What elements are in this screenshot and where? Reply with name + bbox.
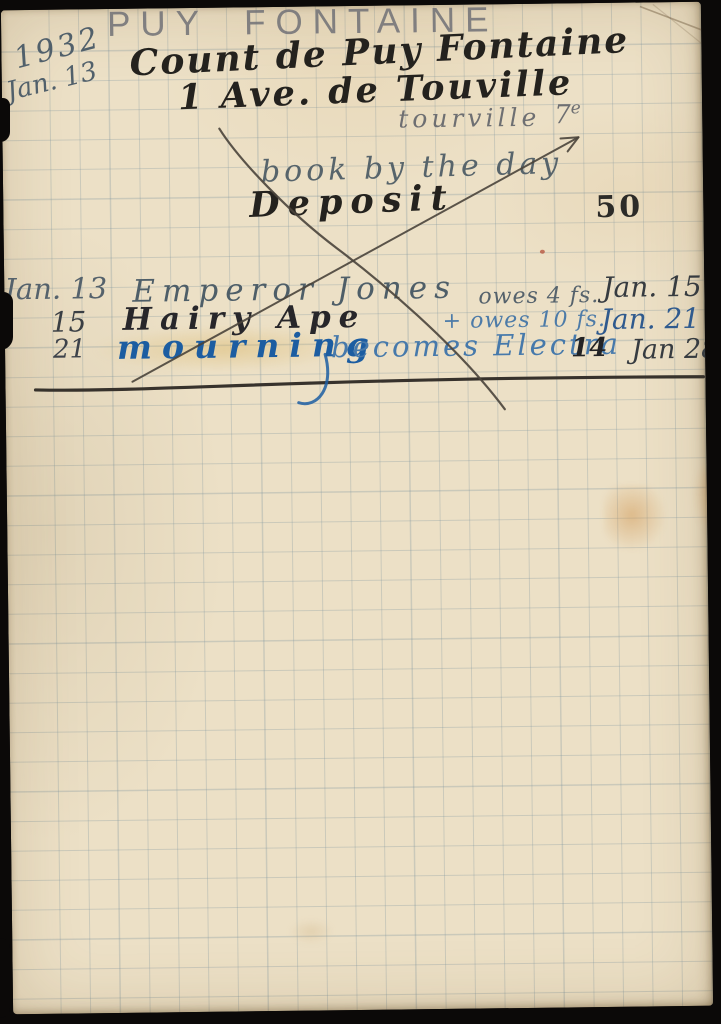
card-edge-notch — [0, 98, 10, 142]
corner-crease-line — [653, 4, 705, 47]
paper-stain — [603, 484, 668, 553]
entry-3-return-date: Jan 28 — [631, 335, 713, 366]
deposit-amount: 50 — [595, 190, 643, 224]
photo-backdrop: { "card_title": "PUY FONTAINE", "member"… — [0, 0, 721, 1024]
ledger-rule-line — [35, 376, 703, 391]
lending-card: PUY FONTAINE 1932 Jan. 13 Count de Puy F… — [1, 2, 713, 1014]
card-edge-notch — [0, 938, 10, 1018]
district-number: 7 — [554, 100, 571, 130]
ink-speck — [540, 250, 545, 254]
deposit-label: Deposit — [249, 179, 456, 225]
corner-crease-line — [640, 6, 706, 33]
paper-stain — [288, 918, 334, 945]
entry-3-amount-note: 14 — [571, 334, 608, 363]
entry-1-return-date: Jan. 15 — [602, 272, 702, 304]
entry-1-date: Jan. 13 — [4, 273, 107, 306]
district-note: 7e — [554, 99, 581, 130]
card-edge-notch — [0, 292, 13, 350]
paper-stain — [692, 457, 713, 535]
entry-3-date: 21 — [53, 335, 86, 364]
district-ordinal: e — [571, 98, 581, 118]
entry-1-owes-note: owes 4 fs. — [478, 284, 599, 310]
crossout-arrow-tip — [560, 137, 578, 151]
address-correction: tourville — [398, 104, 540, 133]
